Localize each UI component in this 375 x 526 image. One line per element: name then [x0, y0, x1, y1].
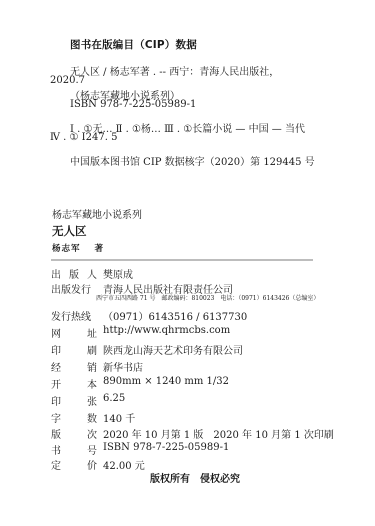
- colophon-label: 出 版 人: [51, 266, 97, 281]
- cip-line-isbn: ISBN 978-7-225-05989-1: [70, 99, 196, 110]
- colophon-row-format: 开 本 890mm × 1240 mm 1/32: [51, 376, 229, 391]
- colophon-value: 新华书店: [103, 359, 143, 374]
- colophon-label: 网 址: [51, 325, 97, 340]
- colophon-row-sheets: 印 张 6.25: [51, 393, 125, 408]
- book-title: 无人区: [52, 223, 87, 239]
- colophon-row-distributor: 经 销 新华书店: [51, 359, 143, 374]
- colophon-row-website: 网 址 http://www.qhrmcbs.com: [51, 325, 230, 340]
- colophon-row-publisher-person: 出 版 人 樊原成: [51, 266, 133, 281]
- cip-heading: 图书在版编目（CIP）数据: [70, 37, 197, 52]
- colophon-row-word-count: 字 数 140 千: [51, 410, 135, 425]
- colophon-label: 发行热线: [51, 308, 97, 323]
- colophon-value: 140 千: [103, 410, 135, 425]
- colophon-label: 经 销: [51, 359, 97, 374]
- colophon-label: 字 数: [51, 410, 97, 425]
- colophon-value: 6.25: [103, 393, 125, 408]
- colophon-label: 印 张: [51, 393, 97, 408]
- colophon-value: 42.00 元: [103, 457, 145, 472]
- colophon-label: 开 本: [51, 376, 97, 391]
- colophon-value: 890mm × 1240 mm 1/32: [103, 376, 229, 391]
- colophon-label: 书 号: [51, 442, 97, 457]
- colophon-row-price: 定 价 42.00 元: [51, 457, 145, 472]
- colophon-row-isbn: 书 号 ISBN 978-7-225-05989-1: [51, 442, 229, 457]
- colophon-value: 陕西龙山海天艺术印务有限公司: [103, 342, 243, 357]
- publisher-address: 西宁市五四西路 71 号 邮政编码：810023 电话：（0971）614342…: [96, 293, 319, 302]
- website-link[interactable]: http://www.qhrmcbs.com: [103, 325, 230, 340]
- colophon-label: 版 次: [51, 426, 97, 441]
- divider-rule: [51, 259, 313, 261]
- cip-line-classification: Ⅳ . ① I247. 5: [50, 132, 117, 143]
- colophon-value: 樊原成: [103, 266, 133, 281]
- colophon-value: 2020 年 10 月第 1 版 2020 年 10 月第 1 次印刷: [103, 426, 334, 441]
- author-name: 杨志军: [52, 244, 81, 254]
- cip-line-record-number: 中国版本图书馆 CIP 数据核字（2020）第 129445 号: [70, 153, 315, 168]
- cip-line-date: 2020.7: [50, 75, 85, 86]
- series-name: 杨志军藏地小说系列: [52, 206, 142, 221]
- book-author: 杨志军著: [52, 242, 104, 254]
- cip-line-title: 无人区 / 杨志军著 . -- 西宁：青海人民出版社，: [70, 63, 279, 78]
- copyright-notice: 版权所有侵权必究: [150, 470, 240, 485]
- colophon-label: 印 刷: [51, 342, 97, 357]
- colophon-value: （0971）6143516 / 6137730: [103, 308, 247, 323]
- colophon-row-hotline: 发行热线 （0971）6143516 / 6137730: [51, 308, 247, 323]
- colophon-label: 定 价: [51, 457, 97, 472]
- colophon-row-edition: 版 次 2020 年 10 月第 1 版 2020 年 10 月第 1 次印刷: [51, 426, 334, 441]
- colophon-value: ISBN 978-7-225-05989-1: [103, 442, 229, 457]
- colophon-label: 出版发行: [51, 281, 97, 296]
- colophon-row-printer: 印 刷 陕西龙山海天艺术印务有限公司: [51, 342, 243, 357]
- author-role: 著: [95, 244, 105, 254]
